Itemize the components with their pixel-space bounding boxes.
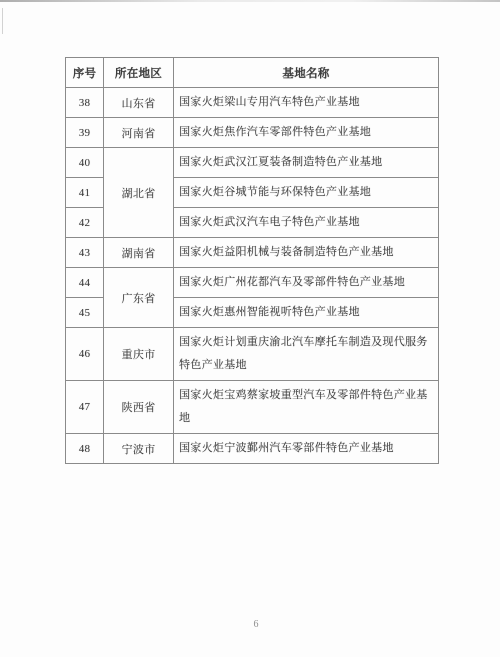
cell-base-name: 国家火炬惠州智能视听特色产业基地 bbox=[174, 298, 439, 328]
cell-serial-number: 44 bbox=[66, 268, 104, 298]
table-header-row: 序号 所在地区 基地名称 bbox=[66, 58, 439, 88]
header-region: 所在地区 bbox=[104, 58, 174, 88]
cell-base-name: 国家火炬焦作汽车零部件特色产业基地 bbox=[174, 118, 439, 148]
cell-serial-number: 41 bbox=[66, 178, 104, 208]
cell-base-name: 国家火炬谷城节能与环保特色产业基地 bbox=[174, 178, 439, 208]
cell-region: 陕西省 bbox=[104, 381, 174, 434]
cell-base-name: 国家火炬梁山专用汽车特色产业基地 bbox=[174, 88, 439, 118]
cell-region: 河南省 bbox=[104, 118, 174, 148]
cell-serial-number: 39 bbox=[66, 118, 104, 148]
cell-serial-number: 46 bbox=[66, 328, 104, 381]
torch-bases-table: 序号 所在地区 基地名称 38山东省国家火炬梁山专用汽车特色产业基地39河南省国… bbox=[65, 57, 439, 464]
cell-region: 山东省 bbox=[104, 88, 174, 118]
header-base-name: 基地名称 bbox=[174, 58, 439, 88]
table-row: 46重庆市国家火炬计划重庆渝北汽车摩托车制造及现代服务特色产业基地 bbox=[66, 328, 439, 381]
table-row: 39河南省国家火炬焦作汽车零部件特色产业基地 bbox=[66, 118, 439, 148]
scanned-document-page: 序号 所在地区 基地名称 38山东省国家火炬梁山专用汽车特色产业基地39河南省国… bbox=[0, 0, 500, 657]
cell-serial-number: 42 bbox=[66, 208, 104, 238]
cell-region: 宁波市 bbox=[104, 434, 174, 464]
table-row: 47陕西省国家火炬宝鸡蔡家坡重型汽车及零部件特色产业基地 bbox=[66, 381, 439, 434]
cell-base-name: 国家火炬武汉汽车电子特色产业基地 bbox=[174, 208, 439, 238]
cell-serial-number: 38 bbox=[66, 88, 104, 118]
cell-base-name: 国家火炬广州花都汽车及零部件特色产业基地 bbox=[174, 268, 439, 298]
page-number: 6 bbox=[250, 619, 262, 630]
table-row: 44广东省国家火炬广州花都汽车及零部件特色产业基地 bbox=[66, 268, 439, 298]
table-body: 38山东省国家火炬梁山专用汽车特色产业基地39河南省国家火炬焦作汽车零部件特色产… bbox=[66, 88, 439, 464]
table-row: 40湖北省国家火炬武汉江夏装备制造特色产业基地 bbox=[66, 148, 439, 178]
cell-base-name: 国家火炬宁波鄞州汽车零部件特色产业基地 bbox=[174, 434, 439, 464]
cell-region: 湖北省 bbox=[104, 148, 174, 238]
cell-base-name: 国家火炬计划重庆渝北汽车摩托车制造及现代服务特色产业基地 bbox=[174, 328, 439, 381]
scan-edge-artifact bbox=[0, 0, 500, 2]
header-serial-number: 序号 bbox=[66, 58, 104, 88]
scan-edge-mark bbox=[2, 8, 3, 34]
cell-region: 湖南省 bbox=[104, 238, 174, 268]
table-row: 48宁波市国家火炬宁波鄞州汽车零部件特色产业基地 bbox=[66, 434, 439, 464]
cell-base-name: 国家火炬武汉江夏装备制造特色产业基地 bbox=[174, 148, 439, 178]
table-row: 43湖南省国家火炬益阳机械与装备制造特色产业基地 bbox=[66, 238, 439, 268]
cell-region: 广东省 bbox=[104, 268, 174, 328]
cell-serial-number: 45 bbox=[66, 298, 104, 328]
cell-serial-number: 40 bbox=[66, 148, 104, 178]
cell-serial-number: 47 bbox=[66, 381, 104, 434]
cell-base-name: 国家火炬宝鸡蔡家坡重型汽车及零部件特色产业基地 bbox=[174, 381, 439, 434]
cell-base-name: 国家火炬益阳机械与装备制造特色产业基地 bbox=[174, 238, 439, 268]
cell-serial-number: 48 bbox=[66, 434, 104, 464]
cell-region: 重庆市 bbox=[104, 328, 174, 381]
table-row: 38山东省国家火炬梁山专用汽车特色产业基地 bbox=[66, 88, 439, 118]
cell-serial-number: 43 bbox=[66, 238, 104, 268]
